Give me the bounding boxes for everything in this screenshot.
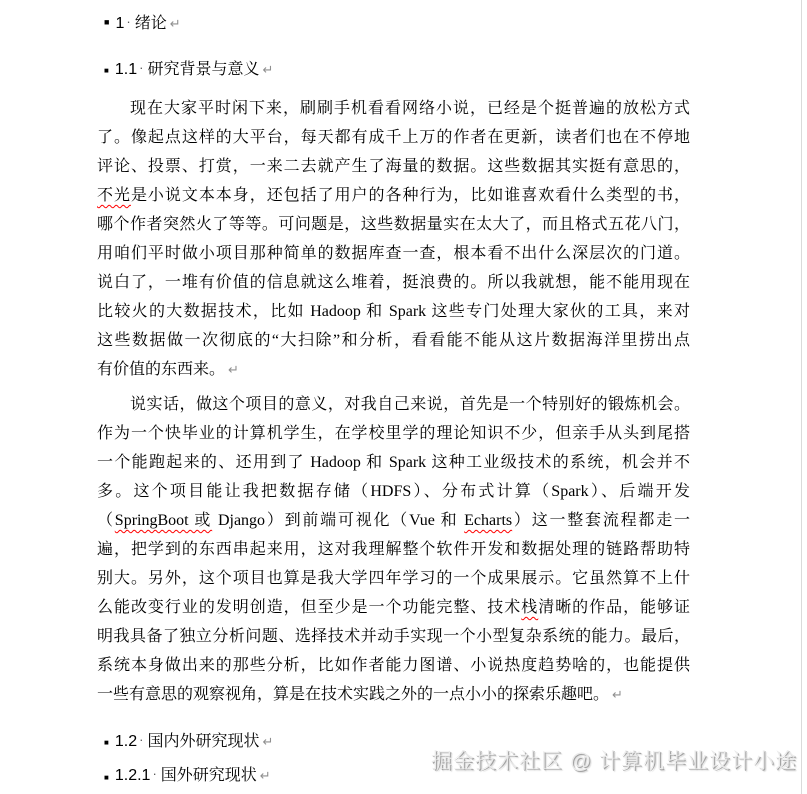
text-line[interactable]: 多。这个项目能让我把数据存储（HDFS）、分布式计算（Spark）、后端开发 [97, 477, 690, 506]
paragraph-mark-icon: ↵ [260, 769, 271, 784]
text-line[interactable]: 别大。另外，这个项目也算是我大学四年学习的一个成果展示。它虽然算不上什 [97, 564, 690, 593]
heading-marker-icon: ■ [104, 773, 109, 782]
text-line[interactable]: 明我具备了独立分析问题、选择技术并动手实现一个小型复杂系统的能力。最后， [97, 622, 690, 651]
text-line[interactable]: 遍，把学到的东西串起来用，这对我理解整个软件开发和数据处理的链路帮助特 [97, 535, 690, 564]
heading-number: 1.2.1 [115, 767, 151, 784]
text-line[interactable]: 一个能跑起来的、还用到了 Hadoop 和 Spark 这种工业级技术的系统，机… [97, 448, 690, 477]
paragraph-mark-icon: ↵ [170, 17, 181, 32]
heading-1-1[interactable]: ■1.1·研究背景与意义↵ [104, 57, 273, 79]
space-mark-icon: · [139, 60, 143, 75]
watermark: 掘金技术社区 @ 计算机毕业设计小途 [431, 747, 797, 777]
text-line[interactable]: 用咱们平时做小项目那种简单的数据库查一查，根本看不出什么深层次的门道。 [97, 239, 690, 268]
heading-1-2-1[interactable]: ■1.2.1·国外研究现状↵ [104, 763, 271, 785]
text-line[interactable]: 了。像起点这样的大平台，每天都有成千上万的作者在更新，读者们也在不停地 [97, 123, 690, 152]
heading-1-2[interactable]: ■1.2·国内外研究现状↵ [104, 729, 273, 751]
paragraph-2: 说实话，做这个项目的意义，对我自己来说，首先是一个特别好的锻炼机会。 作为一个快… [97, 390, 690, 709]
text-line[interactable]: 作为一个快毕业的计算机学生，在学校里学的理论知识不少，但亲手从头到尾搭 [97, 419, 690, 448]
text-line[interactable]: 说白了，一堆有价值的信息就这么堆着，挺浪费的。所以我就想，能不能用现在 [97, 268, 690, 297]
text-line[interactable]: 比较火的大数据技术，比如 Hadoop 和 Spark 这些专门处理大家伙的工具… [97, 297, 690, 326]
text-line[interactable]: 说实话，做这个项目的意义，对我自己来说，首先是一个特别好的锻炼机会。 [97, 390, 690, 419]
paragraph-mark-icon: ↵ [228, 363, 239, 378]
text-line[interactable]: 这些数据做一次彻底的“大扫除”和分析，看看能不能从这片数据海洋里捞出点 [97, 326, 690, 355]
heading-title: 研究背景与意义 [147, 61, 259, 78]
heading-number: 1.2 [115, 733, 137, 750]
heading-1[interactable]: ■1·绪论↵ [104, 11, 181, 33]
paragraph-1: 现在大家平时闲下来，刷刷手机看看网络小说，已经是个挺普遍的放松方式 了。像起点这… [97, 94, 690, 384]
heading-number: 1.1 [115, 61, 137, 78]
text-line[interactable]: 系统本身做出来的那些分析，比如作者能力图谱、小说热度趋势啥的，也能提供 [97, 651, 690, 680]
text-line[interactable]: 么能改变行业的发明创造，但至少是一个功能完整、技术栈清晰的作品，能够证 [97, 593, 690, 622]
heading-title: 国内外研究现状 [147, 733, 259, 750]
space-mark-icon: · [126, 14, 130, 29]
heading-marker-icon: ■ [104, 17, 109, 27]
page-right-edge [801, 0, 802, 794]
heading-marker-icon: ■ [104, 738, 109, 747]
heading-marker-icon: ■ [104, 66, 109, 75]
document-page[interactable]: ■1·绪论↵ ■1.1·研究背景与意义↵ 现在大家平时闲下来，刷刷手机看看网络小… [0, 0, 807, 794]
text-line[interactable]: 现在大家平时闲下来，刷刷手机看看网络小说，已经是个挺普遍的放松方式 [97, 94, 690, 123]
text-line[interactable]: 哪个作者突然火了等等。可问题是，这些数据量实在太大了，而且格式五花八门， [97, 210, 690, 239]
text-line[interactable]: 有价值的东西来。↵ [97, 355, 690, 384]
paragraph-mark-icon: ↵ [262, 63, 273, 78]
text-line[interactable]: 一些有意思的观察视角，算是在技术实践之外的一点小小的探索乐趣吧。↵ [97, 680, 690, 709]
space-mark-icon: · [139, 732, 143, 747]
heading-number: 1 [115, 15, 124, 32]
paragraph-mark-icon: ↵ [262, 735, 273, 750]
text-line[interactable]: 不光是小说文本本身，还包括了用户的各种行为，比如谁喜欢看什么类型的书， [97, 181, 690, 210]
text-line[interactable]: （SpringBoot 或 Django）到前端可视化（Vue 和 Echart… [97, 506, 690, 535]
heading-title: 国外研究现状 [161, 767, 257, 784]
text-line[interactable]: 评论、投票、打赏，一来二去就产生了海量的数据。这些数据其实挺有意思的， [97, 152, 690, 181]
paragraph-mark-icon: ↵ [612, 688, 623, 703]
heading-title: 绪论 [135, 15, 167, 32]
space-mark-icon: · [152, 766, 156, 781]
